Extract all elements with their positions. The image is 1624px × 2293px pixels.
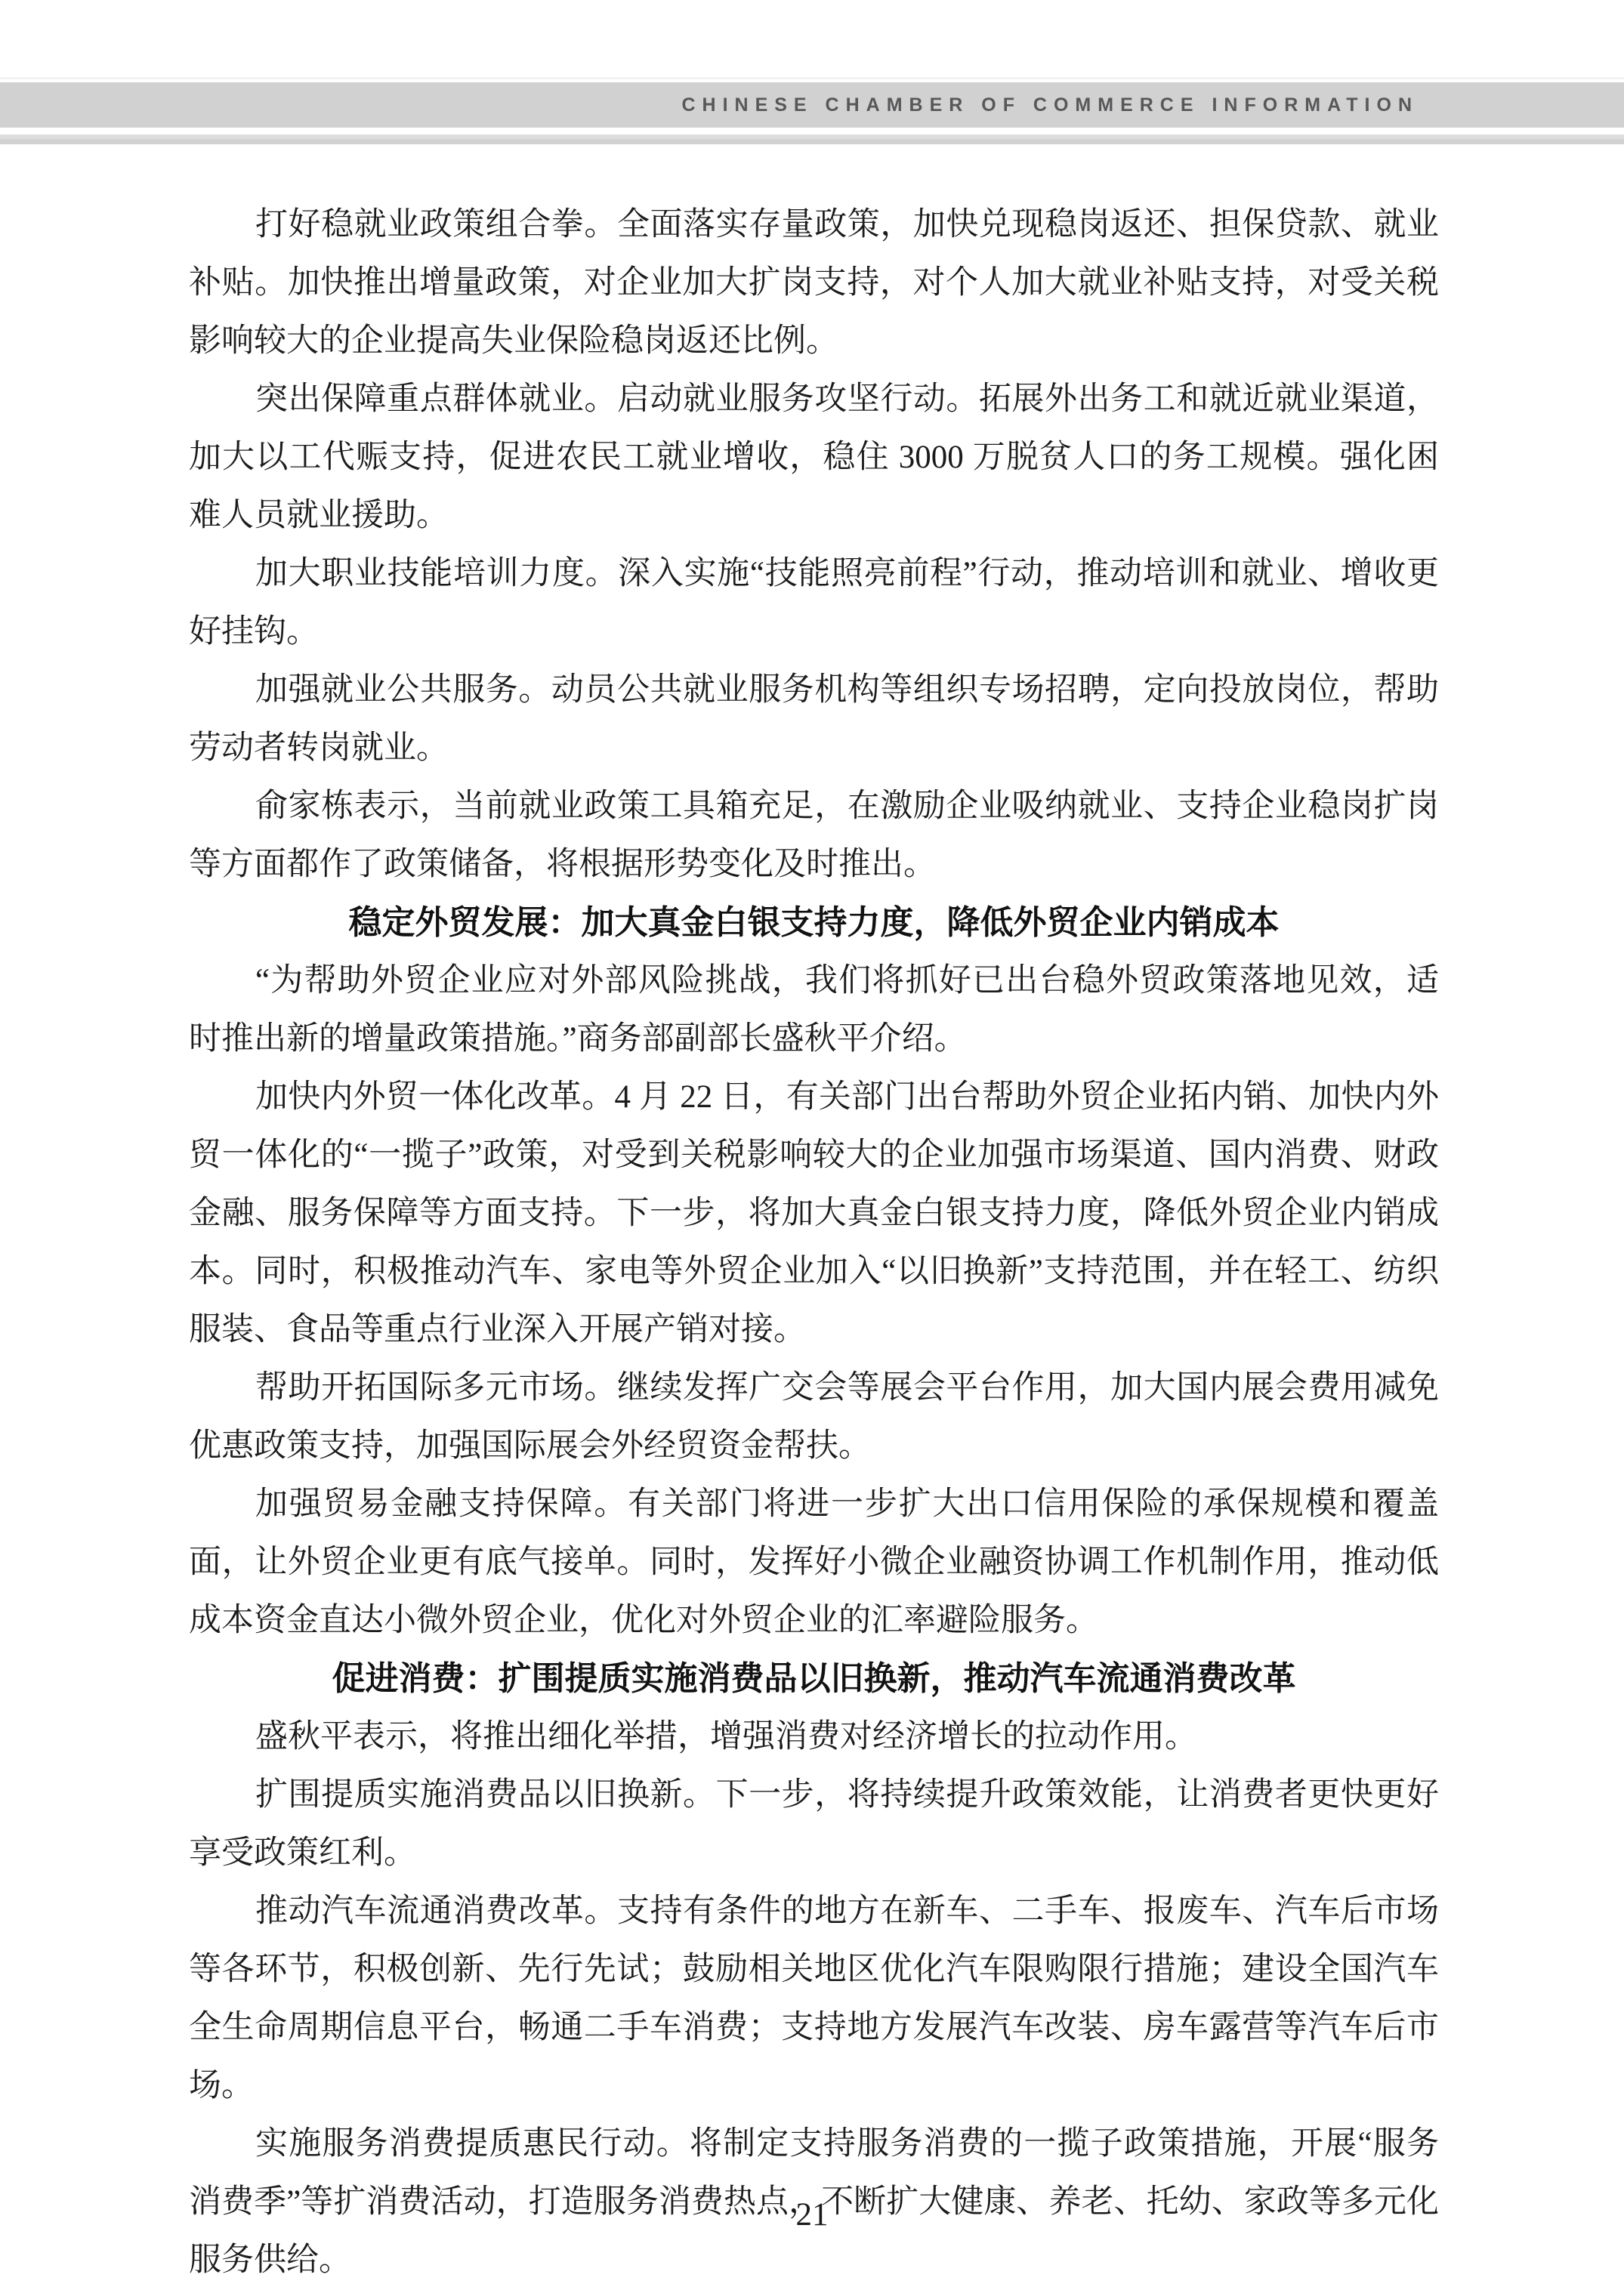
section-heading: 稳定外贸发展：加大真金白银支持力度，降低外贸企业内销成本 [189,893,1439,952]
page-number: 21 [0,2196,1624,2233]
header-hairline [0,77,1624,79]
paragraph: 加强就业公共服务。动员公共就业服务机构等组织专场招聘，定向投放岗位，帮助劳动者转… [189,661,1439,777]
paragraph: “为帮助外贸企业应对外部风险挑战，我们将抓好已出台稳外贸政策落地见效，适时推出新… [189,952,1439,1068]
section-heading: 促进消费：扩围提质实施消费品以旧换新，推动汽车流通消费改革 [189,1650,1439,1708]
header-band: CHINESE CHAMBER OF COMMERCE INFORMATION [0,82,1624,128]
paragraph: 盛秋平表示，将推出细化举措，增强消费对经济增长的拉动作用。 [189,1708,1439,1766]
paragraph: 帮助开拓国际多元市场。继续发挥广交会等展会平台作用，加大国内展会费用减免优惠政策… [189,1359,1439,1475]
document-page: { "header": { "banner_text": "CHINESE CH… [0,0,1624,2293]
paragraph: 突出保障重点群体就业。启动就业服务攻坚行动。拓展外出务工和就近就业渠道，加大以工… [189,370,1439,545]
header-banner-text: CHINESE CHAMBER OF COMMERCE INFORMATION [681,82,1419,128]
paragraph: 加大职业技能培训力度。深入实施“技能照亮前程”行动，推动培训和就业、增收更好挂钩… [189,545,1439,661]
paragraph: 加强贸易金融支持保障。有关部门将进一步扩大出口信用保险的承保规模和覆盖面，让外贸… [189,1475,1439,1650]
header-stripe-dark [0,139,1624,144]
article-body: 打好稳就业政策组合拳。全面落实存量政策，加快兑现稳岗返还、担保贷款、就业补贴。加… [189,196,1439,2289]
paragraph: 扩围提质实施消费品以旧换新。下一步，将持续提升政策效能，让消费者更快更好享受政策… [189,1766,1439,1882]
paragraph: 打好稳就业政策组合拳。全面落实存量政策，加快兑现稳岗返还、担保贷款、就业补贴。加… [189,196,1439,370]
paragraph: 俞家栋表示，当前就业政策工具箱充足，在激励企业吸纳就业、支持企业稳岗扩岗等方面都… [189,777,1439,893]
paragraph: 推动汽车流通消费改革。支持有条件的地方在新车、二手车、报废车、汽车后市场等各环节… [189,1882,1439,2115]
paragraph: 加快内外贸一体化改革。4 月 22 日，有关部门出台帮助外贸企业拓内销、加快内外… [189,1068,1439,1359]
